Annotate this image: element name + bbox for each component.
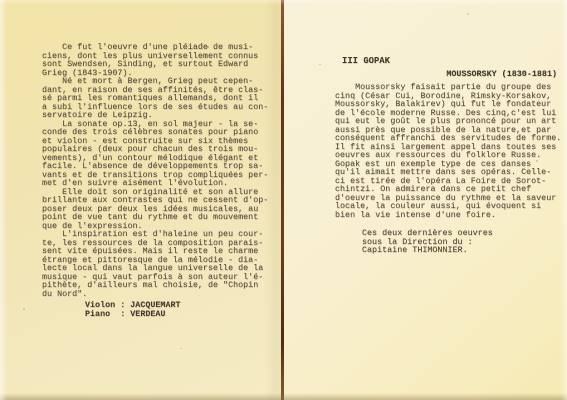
paper-speck: [536, 160, 538, 162]
right-page-body-text: Moussorsky faisait partie du groupe des …: [335, 84, 561, 220]
booklet-photo: Ce fut l'oeuvre d'une pléiade de musi- c…: [0, 0, 567, 400]
paper-speck: [180, 348, 182, 349]
paper-speck: [122, 44, 123, 45]
paper-speck: [319, 64, 321, 65]
page-right: III GOPAK MOUSSORSKY (1830-1881) Moussor…: [284, 0, 567, 400]
paper-speck: [467, 13, 469, 15]
performer-credits: Violon : JACQUEMART Piano : VERDEAU: [85, 302, 181, 319]
section-title: III GOPAK: [342, 57, 390, 66]
composer-heading: MOUSSORSKY (1830-1881): [335, 71, 557, 80]
page-left: Ce fut l'oeuvre d'une pléiade de musi- c…: [0, 0, 283, 400]
paper-speck: [23, 308, 25, 310]
paper-speck: [207, 46, 209, 48]
left-page-body-text: Ce fut l'oeuvre d'une pléiade de musi- c…: [42, 44, 268, 299]
direction-note: Ces deux dernières oeuvres sous la Direc…: [362, 230, 493, 256]
